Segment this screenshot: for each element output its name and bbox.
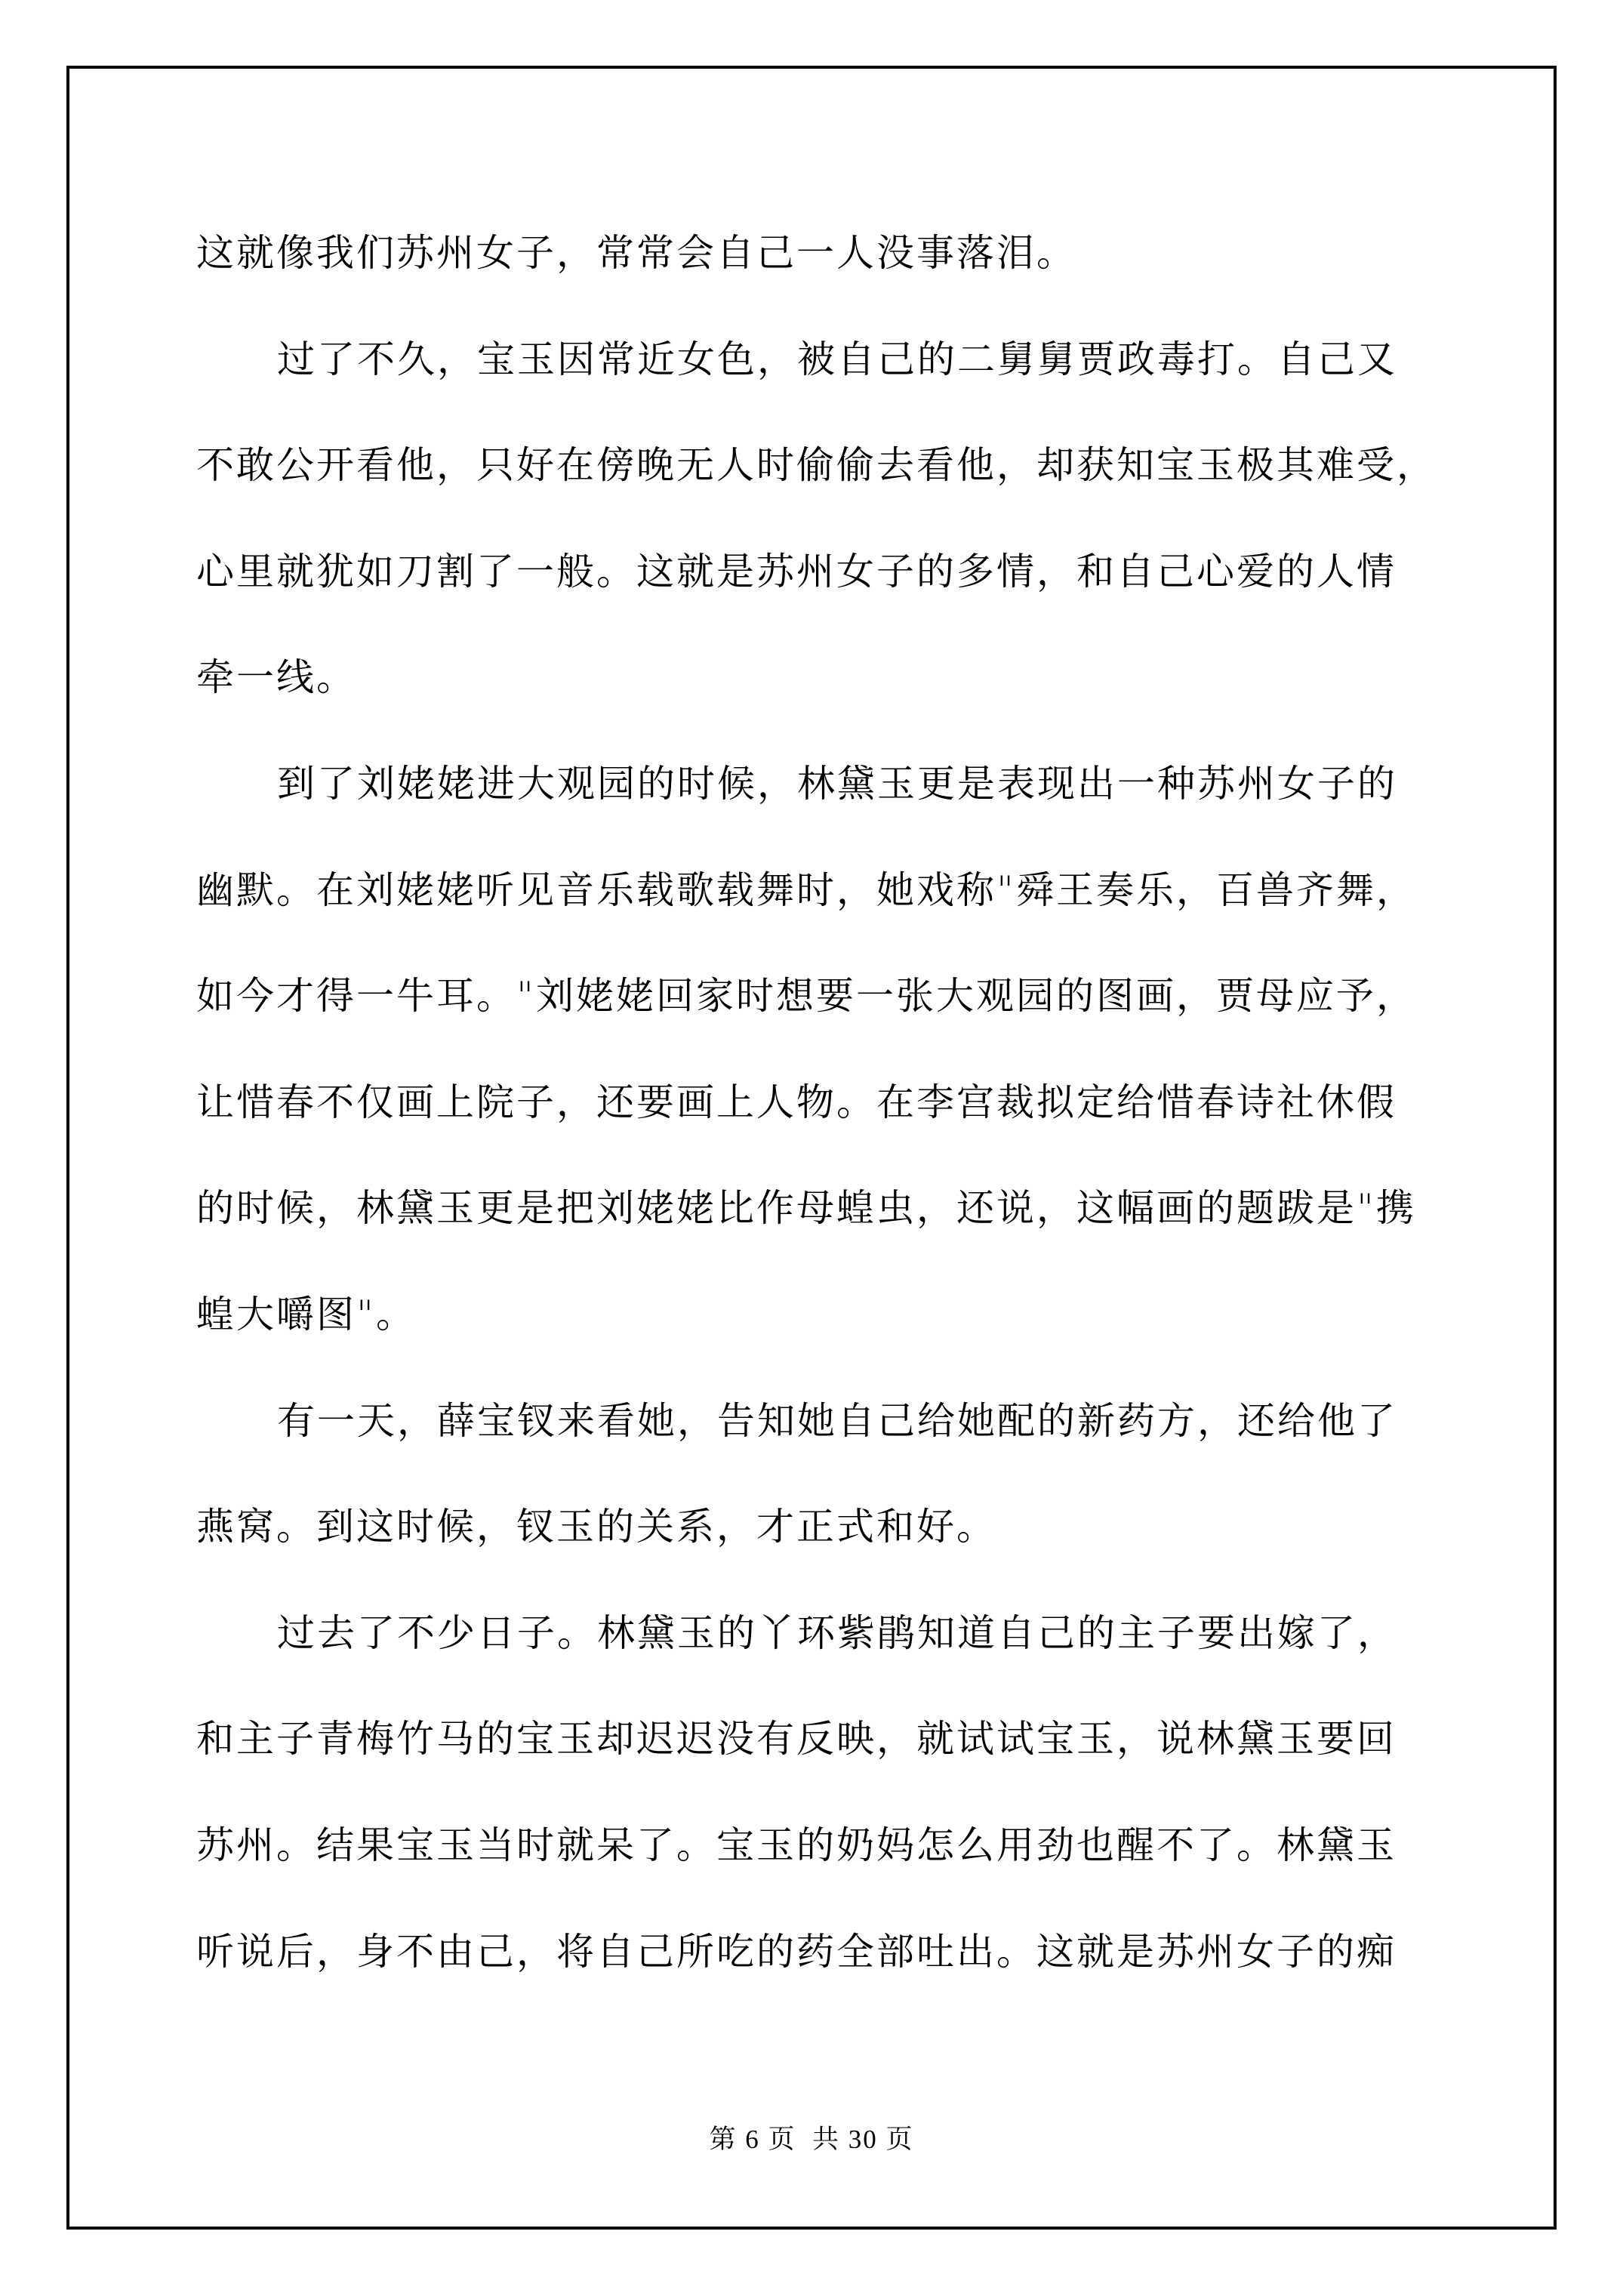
body-text-line: 有一天，薛宝钗来看她，告知她自己给她配的新药方，还给他了 [196,1368,1434,1475]
body-text-line: 过了不久，宝玉因常近女色，被自己的二舅舅贾政毒打。自己又 [196,307,1434,413]
body-text-line: 的时候，林黛玉更是把刘姥姥比作母蝗虫，还说，这幅画的题跋是"携 [196,1155,1434,1262]
body-text-line: 幽默。在刘姥姥听见音乐载歌载舞时，她戏称"舜王奏乐，百兽齐舞， [196,837,1434,944]
body-text-line: 过去了不少日子。林黛玉的丫环紫鹃知道自己的主子要出嫁了， [196,1580,1434,1687]
body-text-line: 蝗大嚼图"。 [196,1262,1434,1368]
body-text-line: 心里就犹如刀割了一般。这就是苏州女子的多情，和自己心爱的人情 [196,519,1434,625]
body-text-line: 听说后，身不由己，将自己所吃的药全部吐出。这就是苏州女子的痴 [196,1899,1434,2005]
body-text-block: 这就像我们苏州女子，常常会自己一人没事落泪。过了不久，宝玉因常近女色，被自己的二… [196,200,1434,2005]
body-text-line: 牵一线。 [196,624,1434,731]
body-text-line: 让惜春不仅画上院子，还要画上人物。在李宫裁拟定给惜春诗社休假 [196,1049,1434,1156]
body-text-line: 这就像我们苏州女子，常常会自己一人没事落泪。 [196,200,1434,307]
body-text-line: 如今才得一牛耳。"刘姥姥回家时想要一张大观园的图画，贾母应予， [196,943,1434,1049]
document-page: { "document": { "colors": { "background"… [0,0,1623,2296]
page-number-footer: 第 6 页 共 30 页 [0,2123,1623,2156]
body-text-line: 不敢公开看他，只好在傍晚无人时偷偷去看他，却获知宝玉极其难受， [196,412,1434,519]
body-text-line: 苏州。结果宝玉当时就呆了。宝玉的奶妈怎么用劲也醒不了。林黛玉 [196,1792,1434,1899]
body-text-line: 到了刘姥姥进大观园的时候，林黛玉更是表现出一种苏州女子的 [196,731,1434,837]
body-text-line: 和主子青梅竹马的宝玉却迟迟没有反映，就试试宝玉，说林黛玉要回 [196,1686,1434,1792]
body-text-line: 燕窝。到这时候，钗玉的关系，才正式和好。 [196,1474,1434,1580]
